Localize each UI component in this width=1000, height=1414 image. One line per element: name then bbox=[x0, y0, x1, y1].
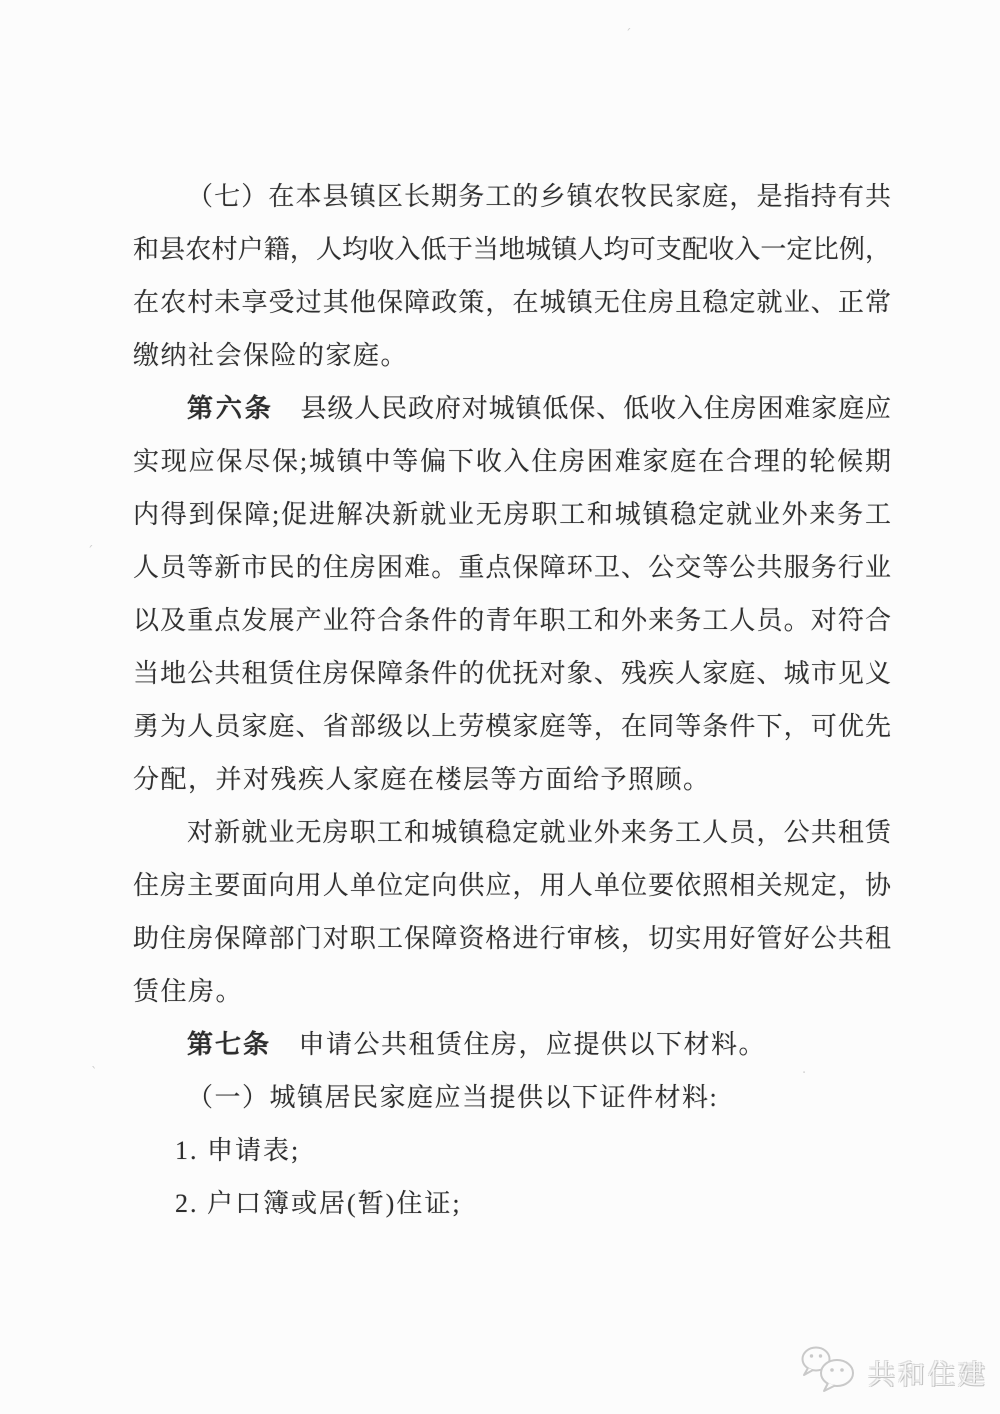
paragraph-line: 在农村未享受过其他保障政策，在城镇无住房且稳定就业、正常 bbox=[133, 276, 891, 329]
paragraph-line: 赁住房。 bbox=[133, 965, 891, 1018]
article-text: 县级人民政府对城镇低保、低收入住房困难家庭应 bbox=[274, 394, 891, 423]
paragraph-line: 内得到保障;促进解决新就业无房职工和城镇稳定就业外来务工 bbox=[133, 488, 891, 541]
scan-noise-mark: ˊ bbox=[87, 545, 94, 560]
article-text: 申请公共租赁住房，应提供以下材料。 bbox=[271, 1030, 766, 1059]
article-heading-line: 第七条 申请公共租赁住房，应提供以下材料。 bbox=[133, 1018, 891, 1071]
document-body: （七）在本县镇区长期务工的乡镇农牧民家庭，是指持有共 和县农村户籍，人均收入低于… bbox=[133, 170, 891, 1230]
paragraph-line: 实现应保尽保;城镇中等偏下收入住房困难家庭在合理的轮候期 bbox=[133, 435, 891, 488]
wechat-icon bbox=[799, 1345, 859, 1400]
paragraph-line: 助住房保障部门对职工保障资格进行审核，切实用好管好公共租 bbox=[133, 912, 891, 965]
article-number: 第七条 bbox=[187, 1030, 271, 1059]
scan-noise-mark: ˊ bbox=[625, 28, 632, 43]
scan-noise-mark: ˋ bbox=[91, 1066, 98, 1081]
document-page: （七）在本县镇区长期务工的乡镇农牧民家庭，是指持有共 和县农村户籍，人均收入低于… bbox=[0, 0, 1000, 1414]
paragraph-line: （一）城镇居民家庭应当提供以下证件材料: bbox=[133, 1071, 891, 1124]
paragraph-line: 对新就业无房职工和城镇稳定就业外来务工人员，公共租赁 bbox=[133, 806, 891, 859]
paragraph-line: 住房主要面向用人单位定向供应，用人单位要依照相关规定，协 bbox=[133, 859, 891, 912]
article-number: 第六条 bbox=[187, 394, 274, 423]
paragraph-line: 缴纳社会保险的家庭。 bbox=[133, 329, 891, 382]
brand-name: 共和住建 bbox=[868, 1353, 988, 1392]
paragraph-line: （七）在本县镇区长期务工的乡镇农牧民家庭，是指持有共 bbox=[133, 170, 891, 223]
scan-noise-mark: . bbox=[802, 1062, 806, 1077]
article-heading-line: 第六条 县级人民政府对城镇低保、低收入住房困难家庭应 bbox=[133, 382, 891, 435]
paragraph-line: 当地公共租赁住房保障条件的优抚对象、残疾人家庭、城市见义 bbox=[133, 647, 891, 700]
paragraph-line: 以及重点发展产业符合条件的青年职工和外来务工人员。对符合 bbox=[133, 594, 891, 647]
paragraph-line: 人员等新市民的住房困难。重点保障环卫、公交等公共服务行业 bbox=[133, 541, 891, 594]
list-item-line: 1. 申请表; bbox=[133, 1124, 891, 1177]
list-item-line: 2. 户口簿或居(暂)住证; bbox=[133, 1177, 891, 1230]
paragraph-line: 和县农村户籍，人均收入低于当地城镇人均可支配收入一定比例， bbox=[133, 223, 891, 276]
paragraph-line: 勇为人员家庭、省部级以上劳模家庭等，在同等条件下，可优先 bbox=[133, 700, 891, 753]
paragraph-line: 分配，并对残疾人家庭在楼层等方面给予照顾。 bbox=[133, 753, 891, 806]
brand-watermark: 共和住建 bbox=[799, 1345, 988, 1400]
